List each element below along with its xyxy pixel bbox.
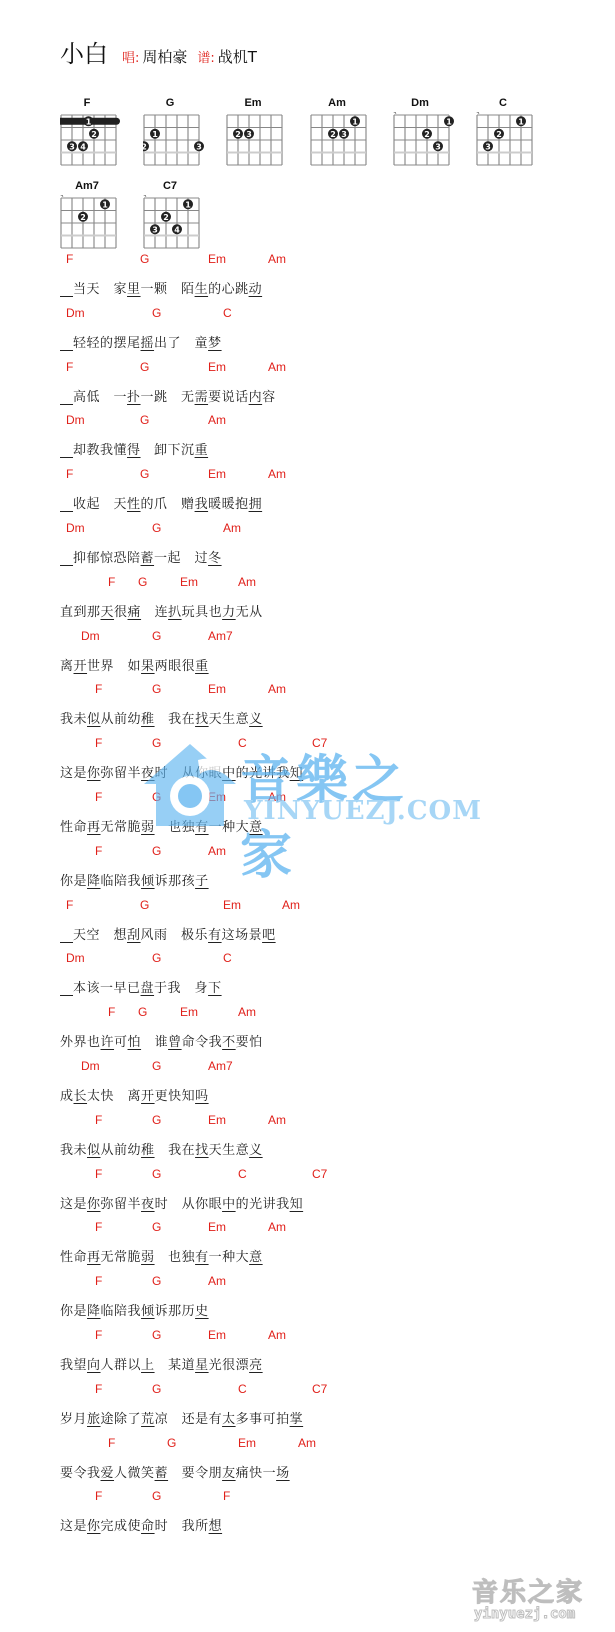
beat-mark: 知 — [290, 1197, 304, 1212]
chord-label: G — [152, 1489, 161, 1503]
chord-label: C — [238, 1167, 247, 1181]
chord-label: Em — [208, 790, 226, 804]
lyric-line: 你是降临陪我倾诉那历史 — [60, 1300, 209, 1319]
lyric-line: 收起 天性的爪 赠我暖暖抱拥 — [60, 493, 262, 512]
chord-label: Am — [282, 898, 300, 912]
beat-mark: 拥 — [249, 497, 263, 512]
chord-label: G — [140, 413, 149, 427]
svg-text:×: × — [143, 195, 148, 200]
chord-line: FGCC7 — [0, 1382, 600, 1398]
svg-text:3: 3 — [196, 142, 202, 151]
chord-label: G — [140, 898, 149, 912]
fretboard-icon: ×123 — [393, 112, 456, 170]
beat-mark: 重 — [195, 659, 209, 674]
svg-text:3: 3 — [341, 130, 347, 139]
fretboard-icon: 123 — [310, 112, 373, 170]
beat-mark: 义 — [249, 712, 263, 727]
chord-line: FGF — [0, 1489, 600, 1505]
beat-mark: 我 — [195, 497, 209, 512]
lyric-line: 直到那天很痛 连扒玩具也力无从 — [60, 601, 263, 620]
chord-label: Am — [208, 1274, 226, 1288]
beat-mark: 中 — [222, 766, 236, 781]
chord-diagram-name: C7 — [135, 180, 205, 192]
beat-mark: 有 — [195, 1250, 209, 1265]
chord-label: F — [95, 1489, 102, 1503]
svg-text:2: 2 — [235, 130, 241, 139]
beat-mark: 扑 — [127, 390, 141, 405]
beat-mark: 找 — [195, 712, 209, 727]
corner-logo-en: yinyuezj.com — [474, 1606, 575, 1622]
chord-diagram-name: Em — [218, 97, 288, 109]
beat-mark: 下 — [208, 981, 222, 996]
chord-line: DmGAm — [0, 521, 600, 537]
chord-label: G — [152, 1059, 161, 1073]
beat-mark: 曾 — [168, 1035, 182, 1050]
chord-line: FGEmAm — [0, 1220, 600, 1236]
chord-label: F — [95, 682, 102, 696]
chord-line: FGEmAm — [0, 682, 600, 698]
arranger-name: 战机T — [218, 46, 257, 67]
singer-name: 周柏豪 — [142, 46, 187, 67]
song-title: 小白 — [60, 34, 108, 69]
chord-label: Am — [208, 413, 226, 427]
chord-diagram-c: C×123 — [468, 97, 538, 172]
beat-mark: 开 — [74, 659, 88, 674]
beat-mark: 得 — [127, 443, 141, 458]
chord-diagram-f: F1234 — [52, 97, 122, 172]
chord-label: G — [152, 306, 161, 320]
chord-label: F — [95, 1274, 102, 1288]
chord-label: G — [152, 1328, 161, 1342]
chord-label: G — [140, 252, 149, 266]
beat-mark: 稚 — [141, 1143, 155, 1158]
beat-mark: 意 — [249, 820, 263, 835]
chord-label: G — [152, 1274, 161, 1288]
beat-mark: 想 — [209, 1519, 223, 1534]
beat-mark: 你 — [87, 1197, 101, 1212]
chord-label: F — [223, 1489, 230, 1503]
beat-mark: 上 — [141, 1358, 155, 1373]
lyric-line: 这是你弥留半夜时 从你眼中的光讲我知 — [60, 1193, 303, 1212]
svg-text:2: 2 — [496, 130, 502, 139]
chord-label: F — [108, 575, 115, 589]
chord-label: C — [238, 1382, 247, 1396]
beat-mark: 力 — [222, 605, 236, 620]
chord-label: G — [152, 521, 161, 535]
chord-label: C7 — [312, 1167, 327, 1181]
chord-line: FGEmAm — [0, 1328, 600, 1344]
beat-mark: 弱 — [141, 1250, 155, 1265]
beat-mark: 梦 — [208, 336, 222, 351]
beat-mark: 你 — [87, 1519, 101, 1534]
svg-text:1: 1 — [102, 200, 108, 209]
chord-label: G — [152, 790, 161, 804]
beat-mark: 吗 — [195, 1089, 209, 1104]
chord-label: G — [152, 682, 161, 696]
chord-label: G — [152, 844, 161, 858]
svg-text:2: 2 — [91, 130, 97, 139]
beat-mark: 蓄 — [155, 1466, 169, 1481]
chord-label: G — [138, 575, 147, 589]
beat-mark: 需 — [195, 390, 209, 405]
chord-label: Dm — [66, 521, 85, 535]
chord-label: Am — [238, 1005, 256, 1019]
beat-mark: 中 — [222, 1197, 236, 1212]
chord-line: DmGAm7 — [0, 629, 600, 645]
lyric-line: 这是你弥留半夜时 从你眼中的光讲我知 — [60, 762, 303, 781]
beat-mark: 星 — [195, 1358, 209, 1373]
svg-text:4: 4 — [174, 225, 180, 234]
fretboard-icon: ×12 — [60, 195, 123, 253]
chord-label: F — [66, 252, 73, 266]
chord-label: Am7 — [208, 1059, 233, 1073]
beat-mark: 命 — [141, 1519, 155, 1534]
chord-diagram-name: Am — [302, 97, 372, 109]
chord-label: Am — [268, 1113, 286, 1127]
chord-label: Em — [180, 575, 198, 589]
chord-line: DmGC — [0, 306, 600, 322]
chord-label: G — [167, 1436, 176, 1450]
lyric-line: 天空 想刮风雨 极乐有这场景吧 — [60, 924, 276, 943]
chord-line: FGAm — [0, 1274, 600, 1290]
chord-label: Am — [208, 844, 226, 858]
beat-mark: 夜 — [141, 766, 155, 781]
beat-mark: 稚 — [141, 712, 155, 727]
beat-mark: 天 — [101, 605, 115, 620]
beat-mark: 找 — [195, 1143, 209, 1158]
lyric-line: 高低 一扑一跳 无需要说话内容 — [60, 386, 276, 405]
chord-diagram-name: C — [468, 97, 538, 109]
beat-mark: 内 — [249, 390, 263, 405]
chord-diagram-name: Dm — [385, 97, 455, 109]
lyric-line: 成长太快 离开更快知吗 — [60, 1085, 209, 1104]
chord-line: FGEmAm — [0, 898, 600, 914]
beat-mark: 史 — [195, 1304, 209, 1319]
svg-text:×: × — [476, 112, 481, 117]
beat-mark: 子 — [195, 874, 209, 889]
beat-mark: 意 — [249, 1250, 263, 1265]
beat-mark: 冬 — [208, 551, 222, 566]
chord-label: Em — [208, 1113, 226, 1127]
svg-text:1: 1 — [518, 117, 524, 126]
chord-label: F — [95, 1167, 102, 1181]
chord-label: G — [152, 1167, 161, 1181]
chord-diagram-g: G123 — [135, 97, 205, 172]
chord-label: Em — [238, 1436, 256, 1450]
chord-diagram-name: F — [52, 97, 122, 109]
svg-text:3: 3 — [246, 130, 252, 139]
chord-label: G — [152, 951, 161, 965]
beat-mark: 弱 — [141, 820, 155, 835]
chord-label: F — [95, 736, 102, 750]
chord-line: FGEmAm — [0, 790, 600, 806]
lyric-line: 却教我懂得 卸下沉重 — [60, 439, 208, 458]
beat-mark: 你 — [87, 766, 101, 781]
beat-mark: 刮 — [127, 928, 141, 943]
beat-mark: 许 — [101, 1035, 115, 1050]
chord-label: F — [95, 1382, 102, 1396]
beat-mark: 盘 — [141, 981, 155, 996]
chord-line: FGEmAm — [0, 467, 600, 483]
beat-mark: 有 — [195, 820, 209, 835]
chord-label: F — [66, 467, 73, 481]
chord-line: DmGAm7 — [0, 1059, 600, 1075]
beat-mark: 降 — [87, 1304, 101, 1319]
beat-mark: 开 — [141, 1089, 155, 1104]
chord-label: Am7 — [208, 629, 233, 643]
chord-label: Em — [208, 682, 226, 696]
beat-mark: 知 — [290, 766, 304, 781]
lyric-line: 我未似从前幼稚 我在找天生意义 — [60, 708, 263, 727]
chord-label: Am — [268, 1220, 286, 1234]
chord-diagram-am7: Am7×12 — [52, 180, 122, 255]
chord-label: Am — [268, 682, 286, 696]
svg-text:3: 3 — [69, 142, 75, 151]
svg-text:2: 2 — [143, 142, 147, 151]
chord-label: Dm — [81, 629, 100, 643]
beat-mark: 再 — [87, 820, 101, 835]
svg-text:1: 1 — [446, 117, 452, 126]
pickup-blank — [60, 981, 73, 996]
pickup-blank — [60, 928, 73, 943]
chord-label: Em — [208, 1220, 226, 1234]
chord-line: FGEmAm — [0, 1113, 600, 1129]
beat-mark: 果 — [141, 659, 155, 674]
beat-mark: 不 — [222, 1035, 236, 1050]
lyric-line: 离开世界 如果两眼很重 — [60, 655, 209, 674]
watermark-cn: 音樂之家 — [240, 738, 460, 888]
svg-text:3: 3 — [435, 142, 441, 151]
pickup-blank — [60, 336, 73, 351]
chord-label: G — [152, 1382, 161, 1396]
chord-line: FGCC7 — [0, 1167, 600, 1183]
beat-mark: 倾 — [141, 1304, 155, 1319]
beat-mark: 友 — [222, 1466, 236, 1481]
pickup-blank — [60, 443, 73, 458]
chord-label: G — [152, 629, 161, 643]
beat-mark: 生 — [195, 282, 209, 297]
svg-text:1: 1 — [86, 117, 92, 126]
chord-label: F — [95, 1220, 102, 1234]
chord-label: Dm — [66, 951, 85, 965]
chord-diagram-c7: C7×1234 — [135, 180, 205, 255]
pickup-blank — [60, 390, 73, 405]
svg-text:2: 2 — [80, 213, 86, 222]
svg-text:2: 2 — [424, 130, 430, 139]
beat-mark: 扒 — [168, 605, 182, 620]
fretboard-icon: 1234 — [60, 112, 123, 170]
chord-label: Dm — [66, 413, 85, 427]
beat-mark: 蓄 — [141, 551, 155, 566]
fretboard-icon: ×123 — [476, 112, 539, 170]
lyric-line: 你是降临陪我倾诉那孩子 — [60, 870, 209, 889]
fretboard-icon: ×1234 — [143, 195, 206, 253]
chord-label: Am — [268, 252, 286, 266]
lyric-line: 抑郁惊恐陪蓄一起 过冬 — [60, 547, 222, 566]
chord-label: G — [152, 736, 161, 750]
chord-line: FGEmAm — [0, 360, 600, 376]
svg-text:3: 3 — [152, 225, 158, 234]
svg-text:1: 1 — [185, 200, 191, 209]
chord-diagram-am: Am123 — [302, 97, 372, 172]
chord-label: Em — [208, 360, 226, 374]
chord-label: C — [223, 951, 232, 965]
beat-mark: 里 — [127, 282, 141, 297]
pickup-blank — [60, 282, 73, 297]
chord-label: Am — [238, 575, 256, 589]
lyric-line: 性命再无常脆弱 也独有一种大意 — [60, 816, 263, 835]
chord-label: F — [95, 844, 102, 858]
chord-label: F — [95, 790, 102, 804]
chord-line: FGEmAm — [0, 575, 600, 591]
beat-mark: 再 — [87, 1250, 101, 1265]
svg-text:1: 1 — [352, 117, 358, 126]
beat-mark: 荒 — [141, 1412, 155, 1427]
beat-mark: 向 — [87, 1358, 101, 1373]
chord-label: G — [140, 360, 149, 374]
fretboard-icon: 123 — [143, 112, 206, 170]
beat-mark: 长 — [74, 1089, 88, 1104]
chord-label: G — [140, 467, 149, 481]
svg-text:2: 2 — [330, 130, 336, 139]
svg-text:3: 3 — [485, 142, 491, 151]
chord-line: FGCC7 — [0, 736, 600, 752]
chord-label: Em — [208, 252, 226, 266]
beat-mark: 太 — [222, 1412, 236, 1427]
svg-text:2: 2 — [163, 213, 169, 222]
chord-label: G — [152, 1113, 161, 1127]
beat-mark: 掌 — [290, 1412, 304, 1427]
chord-line: DmGC — [0, 951, 600, 967]
beat-mark: 亮 — [249, 1358, 263, 1373]
chord-diagram-em: Em23 — [218, 97, 288, 172]
chord-label: Am — [268, 1328, 286, 1342]
chord-label: Em — [223, 898, 241, 912]
beat-mark: 旅 — [87, 1412, 101, 1427]
lyric-line: 本该一早已盘于我 身下 — [60, 977, 222, 996]
beat-mark: 义 — [249, 1143, 263, 1158]
chord-line: FGAm — [0, 844, 600, 860]
fretboard-icon: 23 — [226, 112, 289, 170]
chord-label: F — [95, 1328, 102, 1342]
chord-line: DmGAm — [0, 413, 600, 429]
beat-mark: 痛 — [128, 605, 142, 620]
beat-mark: 性 — [127, 497, 141, 512]
chord-label: C7 — [312, 736, 327, 750]
singer-label: 唱: — [122, 47, 139, 66]
beat-mark: 动 — [249, 282, 263, 297]
chord-label: F — [95, 1113, 102, 1127]
chord-label: Em — [208, 1328, 226, 1342]
pickup-blank — [60, 497, 73, 512]
beat-mark: 重 — [195, 443, 209, 458]
chord-label: G — [138, 1005, 147, 1019]
lyric-line: 要令我爱人微笑蓄 要令朋友痛快一场 — [60, 1462, 290, 1481]
lyric-line: 我未似从前幼稚 我在找天生意义 — [60, 1139, 263, 1158]
beat-mark: 怕 — [128, 1035, 142, 1050]
chord-label: F — [108, 1005, 115, 1019]
svg-text:4: 4 — [80, 142, 86, 151]
corner-logo-cn: 音乐之家 — [472, 1572, 584, 1609]
beat-mark: 似 — [87, 712, 101, 727]
beat-mark: 倾 — [141, 874, 155, 889]
chord-label: Em — [208, 467, 226, 481]
lyric-line: 岁月旅途除了荒凉 还是有太多事可拍掌 — [60, 1408, 303, 1427]
chord-label: G — [152, 1220, 161, 1234]
svg-text:×: × — [393, 112, 398, 117]
chord-label: Am — [298, 1436, 316, 1450]
beat-mark: 场 — [276, 1466, 290, 1481]
lyric-line: 这是你完成使命时 我所想 — [60, 1515, 222, 1534]
beat-mark: 爱 — [101, 1466, 115, 1481]
chord-label: Am — [268, 360, 286, 374]
arranger-label: 谱: — [197, 47, 214, 66]
beat-mark: 吧 — [262, 928, 276, 943]
pickup-blank — [60, 551, 73, 566]
chord-label: Am — [268, 790, 286, 804]
svg-text:×: × — [60, 195, 65, 200]
chord-diagram-name: G — [135, 97, 205, 109]
chord-label: Dm — [81, 1059, 100, 1073]
beat-mark: 夜 — [141, 1197, 155, 1212]
corner-logo: 音乐之家 yinyuezj.com — [466, 1572, 606, 1628]
lyric-line: 外界也许可怕 谁曾命令我不要怕 — [60, 1031, 263, 1050]
beat-mark: 有 — [208, 928, 222, 943]
chord-label: F — [108, 1436, 115, 1450]
beat-mark: 摇 — [141, 336, 155, 351]
beat-mark: 降 — [87, 874, 101, 889]
chord-line: FGEmAm — [0, 252, 600, 268]
lyric-line: 我望向人群以上 某道星光很漂亮 — [60, 1354, 263, 1373]
chord-label: Em — [180, 1005, 198, 1019]
lyric-line: 轻轻的摆尾摇出了 童梦 — [60, 332, 222, 351]
beat-mark: 似 — [87, 1143, 101, 1158]
chord-label: Dm — [66, 306, 85, 320]
chord-label: F — [66, 360, 73, 374]
chord-label: Am — [268, 467, 286, 481]
chord-label: Am — [223, 521, 241, 535]
chord-diagram-dm: Dm×123 — [385, 97, 455, 172]
chord-line: FGEmAm — [0, 1005, 600, 1021]
chord-diagram-name: Am7 — [52, 180, 122, 192]
chord-label: C — [238, 736, 247, 750]
chord-label: F — [66, 898, 73, 912]
svg-text:1: 1 — [152, 130, 158, 139]
chord-label: C7 — [312, 1382, 327, 1396]
lyric-line: 当天 家里一颗 陌生的心跳动 — [60, 278, 262, 297]
chord-line: FGEmAm — [0, 1436, 600, 1452]
lyric-line: 性命再无常脆弱 也独有一种大意 — [60, 1246, 263, 1265]
chord-label: C — [223, 306, 232, 320]
song-header: 小白 唱: 周柏豪 谱: 战机T — [60, 34, 267, 69]
